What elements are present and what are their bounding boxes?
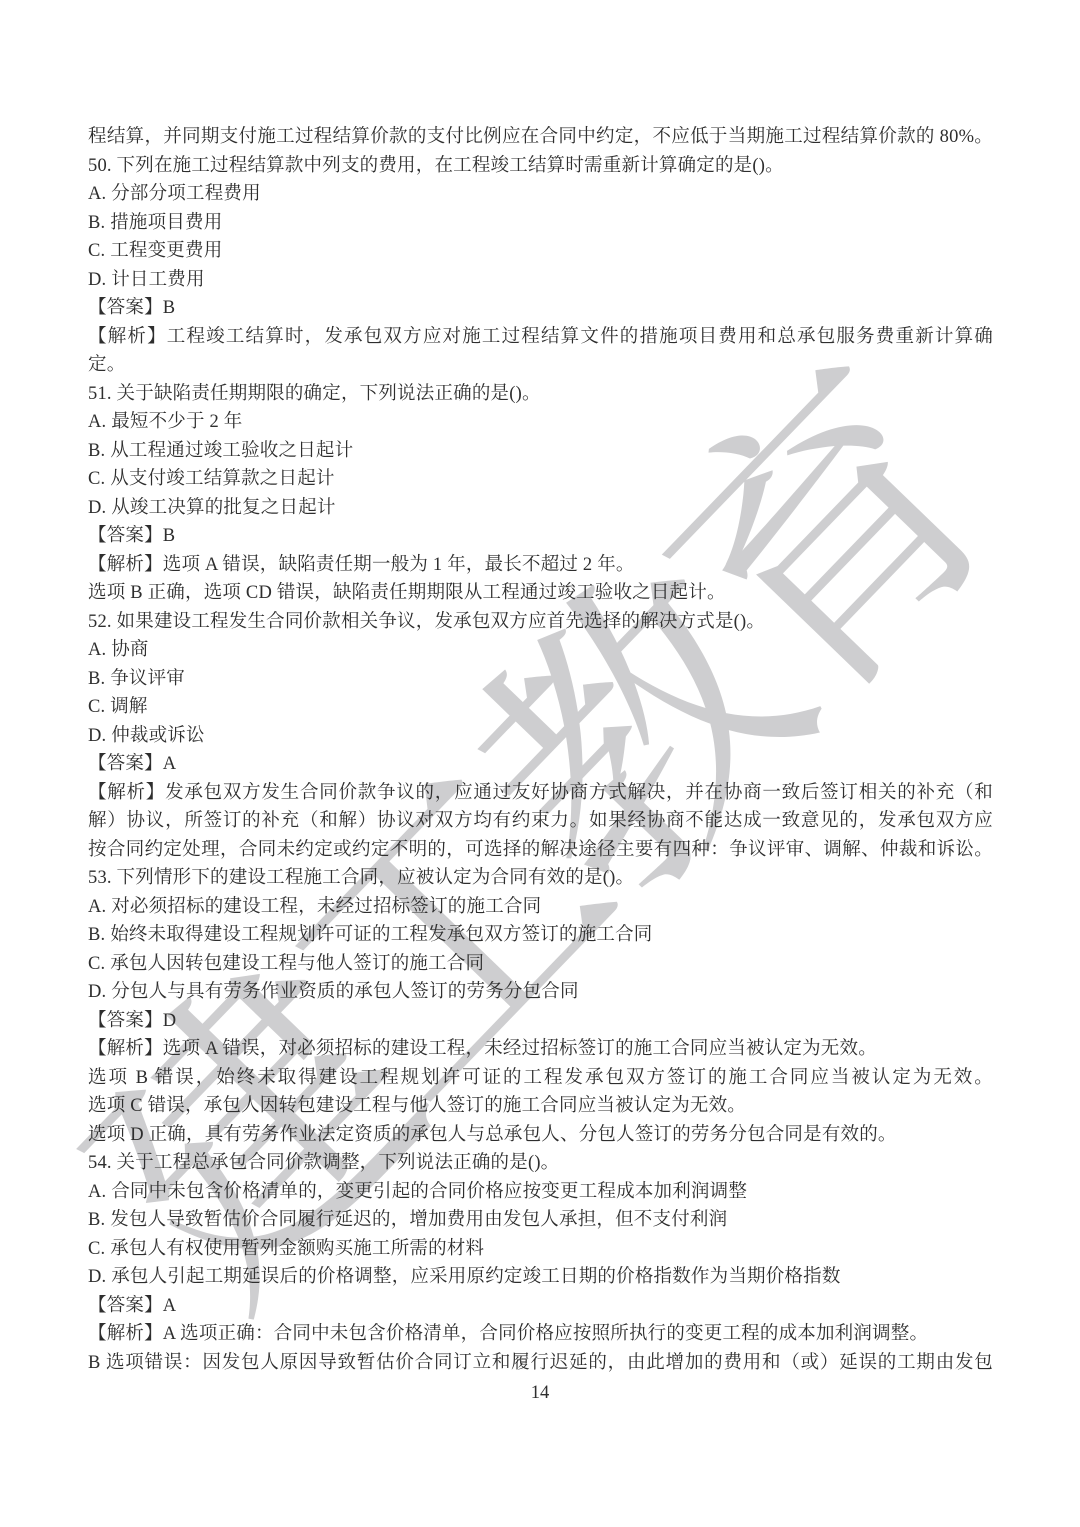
text-line: C. 承包人因转包建设工程与他人签订的施工合同: [88, 950, 993, 979]
text-line: B. 从工程通过竣工验收之日起计: [88, 437, 993, 466]
text-line: A. 协商: [88, 636, 993, 665]
text-line: A. 对必须招标的建设工程，未经过招标签订的施工合同: [88, 893, 993, 922]
text-line: B. 措施项目费用: [88, 209, 993, 238]
text-line: 定。: [88, 351, 993, 380]
text-line: 【答案】B: [88, 294, 993, 323]
text-line: C. 承包人有权使用暂列金额购买施工所需的材料: [88, 1235, 993, 1264]
text-line: C. 从支付竣工结算款之日起计: [88, 465, 993, 494]
text-line: D. 计日工费用: [88, 266, 993, 295]
text-line: 【解析】发承包双方发生合同价款争议的，应通过友好协商方式解决，并在协商一致后签订…: [88, 779, 993, 808]
text-line: A. 合同中未包含价格清单的，变更引起的合同价格应按变更工程成本加利润调整: [88, 1178, 993, 1207]
text-line: 程结算，并同期支付施工过程结算价款的支付比例应在合同中约定，不应低于当期施工过程…: [88, 123, 993, 152]
text-line: 选项 C 错误，承包人因转包建设工程与他人签订的施工合同应当被认定为无效。: [88, 1092, 993, 1121]
text-line: D. 仲裁或诉讼: [88, 722, 993, 751]
text-line: 选项 D 正确，具有劳务作业法定资质的承包人与总承包人、分包人签订的劳务分包合同…: [88, 1121, 993, 1150]
text-line: B 选项错误：因发包人原因导致暂估价合同订立和履行迟延的，由此增加的费用和（或）…: [88, 1349, 993, 1378]
text-line: 【答案】A: [88, 750, 993, 779]
text-line: 【解析】工程竣工结算时，发承包双方应对施工过程结算文件的措施项目费用和总承包服务…: [88, 323, 993, 352]
text-line: 选项 B 正确，选项 CD 错误，缺陷责任期期限从工程通过竣工验收之日起计。: [88, 579, 993, 608]
text-line: 解）协议，所签订的补充（和解）协议对双方均有约束力。如果经协商不能达成一致意见的…: [88, 807, 993, 836]
text-line: 【答案】D: [88, 1007, 993, 1036]
text-line: D. 分包人与具有劳务作业资质的承包人签订的劳务分包合同: [88, 978, 993, 1007]
text-line: 【解析】选项 A 错误，缺陷责任期一般为 1 年，最长不超过 2 年。: [88, 551, 993, 580]
text-line: 【解析】A 选项正确：合同中未包含价格清单，合同价格应按照所执行的变更工程的成本…: [88, 1320, 993, 1349]
text-line: B. 始终未取得建设工程规划许可证的工程发承包双方签订的施工合同: [88, 921, 993, 950]
text-line: 【答案】B: [88, 522, 993, 551]
page-number: 14: [0, 1383, 1080, 1404]
text-line: B. 争议评审: [88, 665, 993, 694]
text-line: 按合同约定处理，合同未约定或约定不明的，可选择的解决途径主要有四种：争议评审、调…: [88, 836, 993, 865]
text-line: C. 工程变更费用: [88, 237, 993, 266]
text-line: 51. 关于缺陷责任期期限的确定，下列说法正确的是()。: [88, 380, 993, 409]
text-line: 53. 下列情形下的建设工程施工合同，应被认定为合同有效的是()。: [88, 864, 993, 893]
text-line: A. 分部分项工程费用: [88, 180, 993, 209]
text-line: 【解析】选项 A 错误，对必须招标的建设工程，未经过招标签订的施工合同应当被认定…: [88, 1035, 993, 1064]
exam-page: 建工教育 程结算，并同期支付施工过程结算价款的支付比例应在合同中约定，不应低于当…: [0, 0, 1080, 1527]
text-line: 选项 B 错误，始终未取得建设工程规划许可证的工程发承包双方签订的施工合同应当被…: [88, 1064, 993, 1093]
text-line: 52. 如果建设工程发生合同价款相关争议，发承包双方应首先选择的解决方式是()。: [88, 608, 993, 637]
document-lines: 程结算，并同期支付施工过程结算价款的支付比例应在合同中约定，不应低于当期施工过程…: [88, 123, 993, 1377]
text-line: 54. 关于工程总承包合同价款调整，下列说法正确的是()。: [88, 1149, 993, 1178]
text-line: D. 承包人引起工期延误后的价格调整，应采用原约定竣工日期的价格指数作为当期价格…: [88, 1263, 993, 1292]
text-line: B. 发包人导致暂估价合同履行延迟的，增加费用由发包人承担，但不支付利润: [88, 1206, 993, 1235]
text-line: C. 调解: [88, 693, 993, 722]
text-line: A. 最短不少于 2 年: [88, 408, 993, 437]
text-line: 【答案】A: [88, 1292, 993, 1321]
text-line: 50. 下列在施工过程结算款中列支的费用，在工程竣工结算时需重新计算确定的是()…: [88, 152, 993, 181]
text-line: D. 从竣工决算的批复之日起计: [88, 494, 993, 523]
